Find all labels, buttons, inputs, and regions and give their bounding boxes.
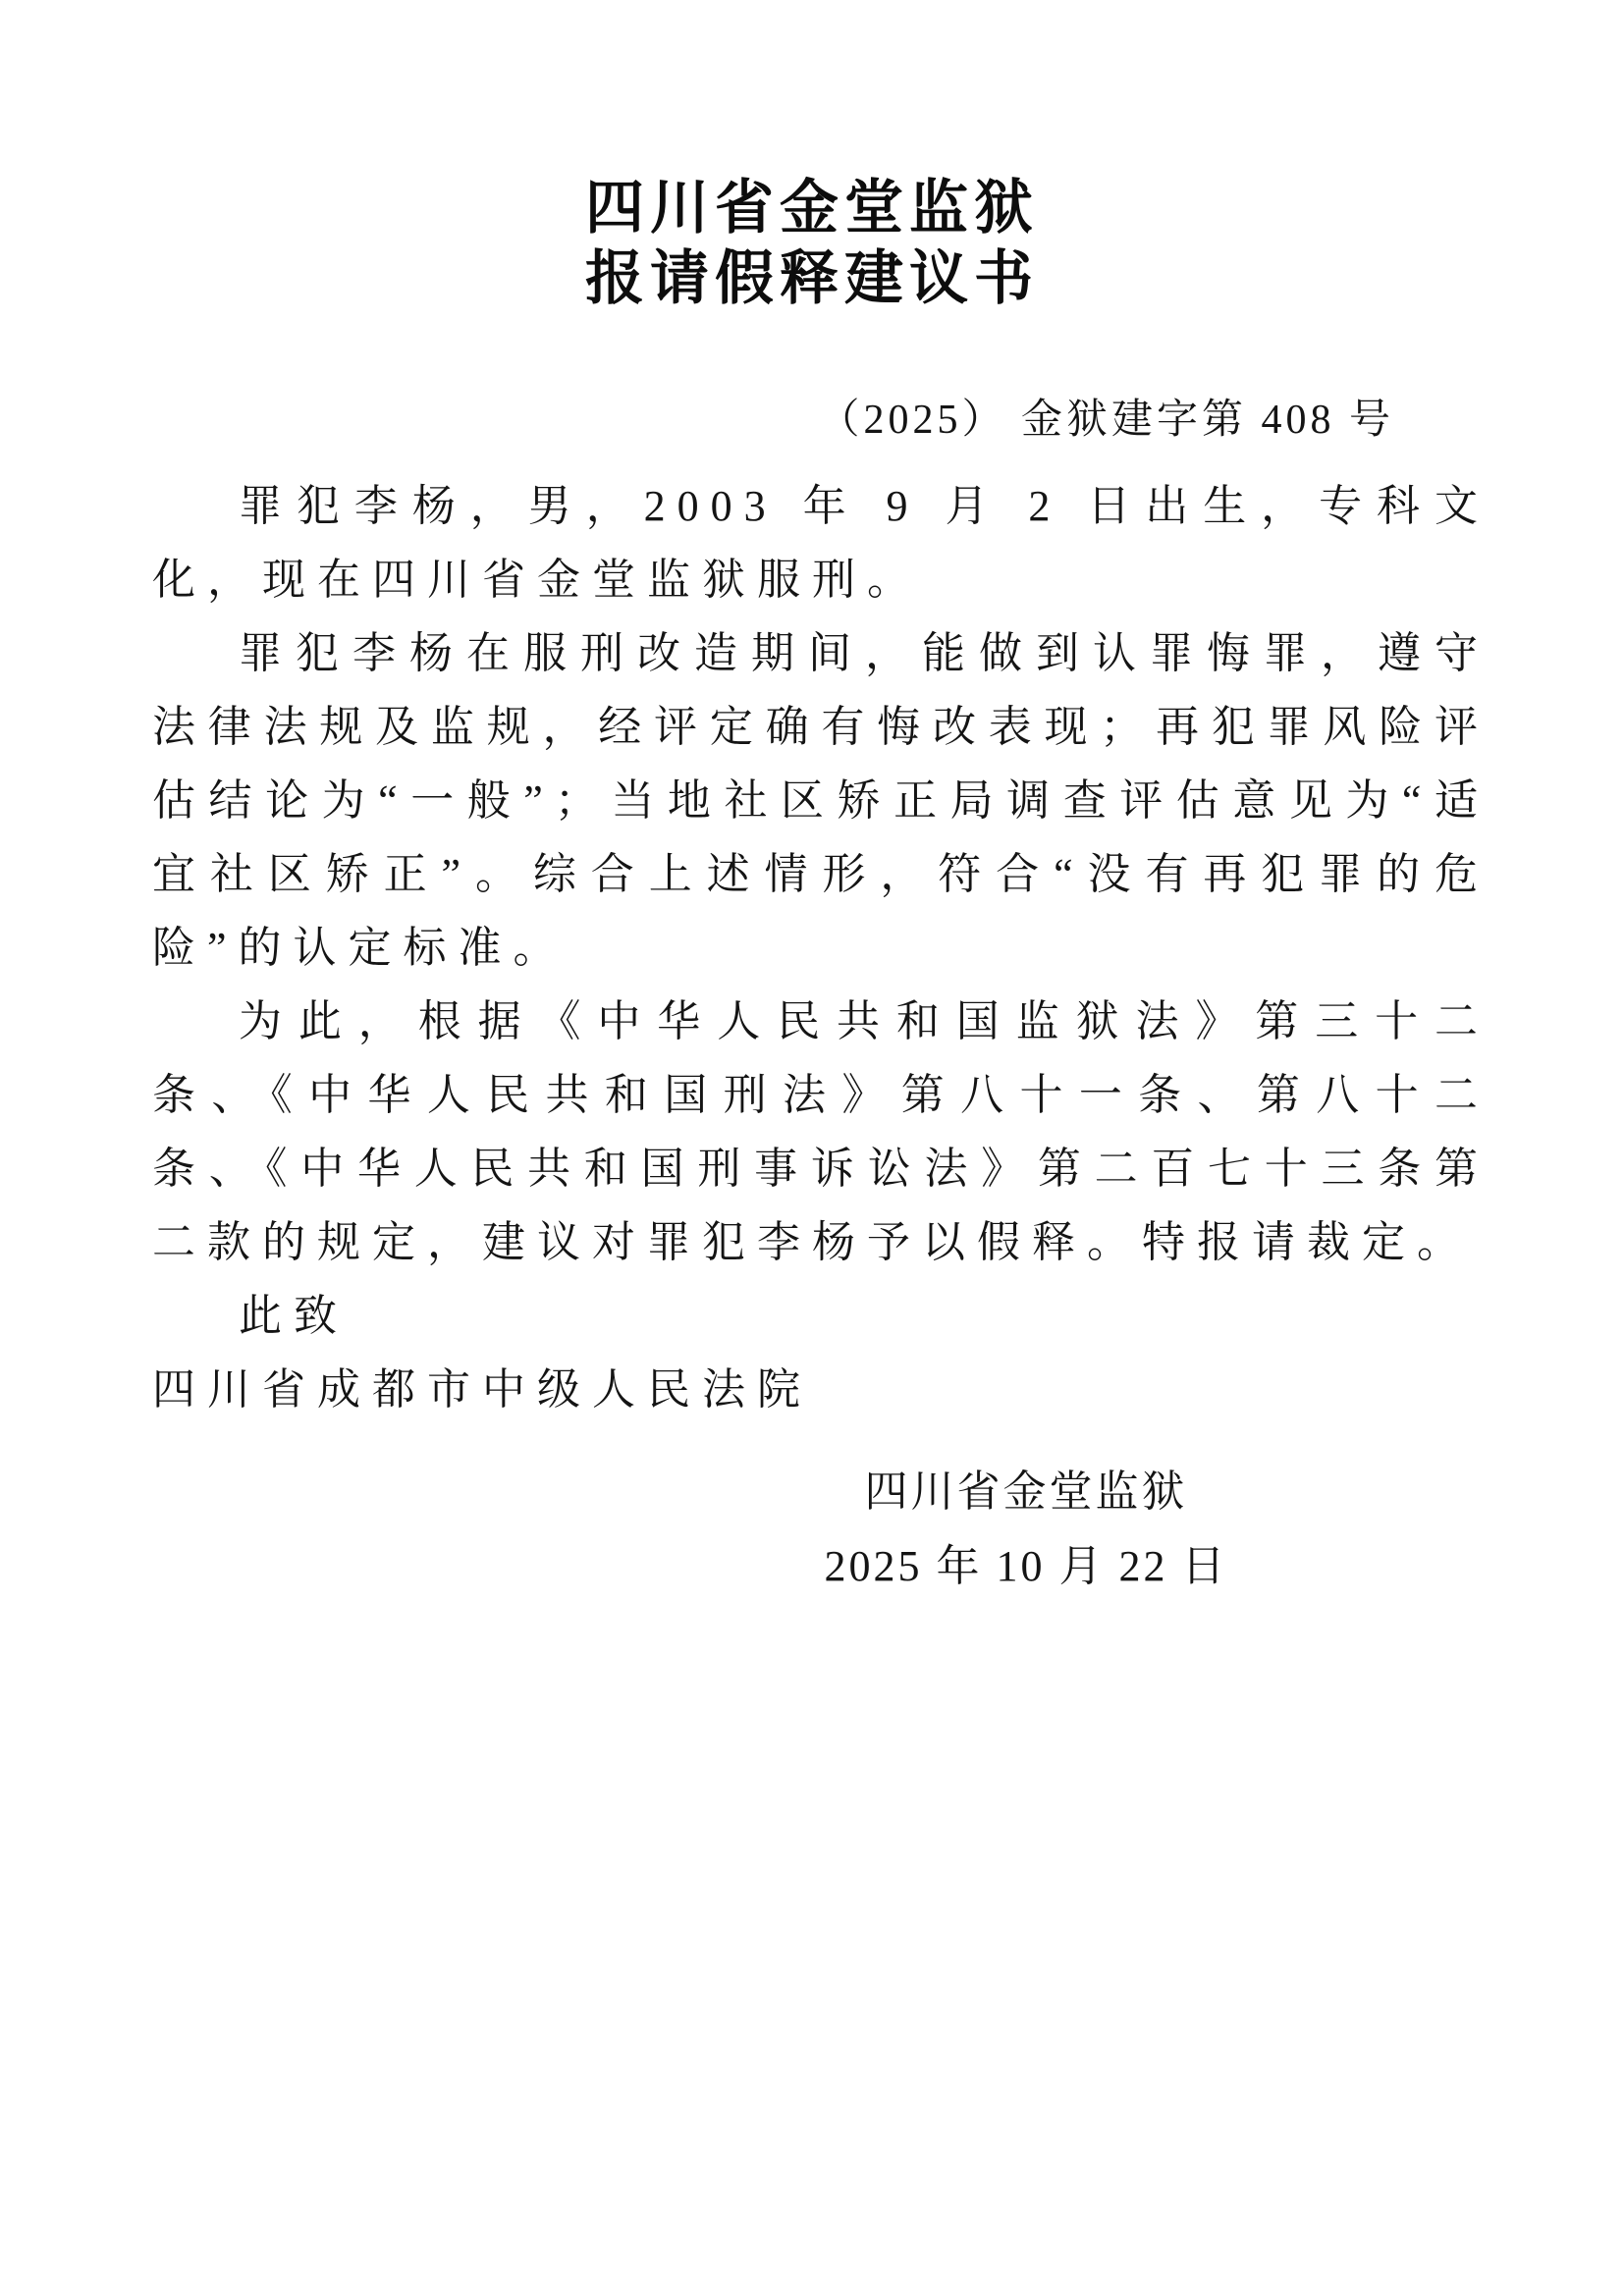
document-title: 四川省金堂监狱 报请假释建议书 <box>0 173 1624 314</box>
paragraph-legal-basis: 为此，根据《中华人民共和国监狱法》第三十二条、《中华人民共和国刑法》第八十一条、… <box>152 985 1489 1279</box>
document-title-line2: 报请假释建议书 <box>0 243 1624 314</box>
paragraph-offender-info: 罪犯李杨，男，2003 年 9 月 2 日出生，专科文化，现在四川省金堂监狱服刑… <box>152 469 1489 616</box>
document-page: 四川省金堂监狱 报请假释建议书 （2025） 金狱建字第 408 号 罪犯李杨，… <box>0 0 1624 2296</box>
signature-date: 2025 年 10 月 22 日 <box>761 1529 1291 1604</box>
paragraph-reform-performance: 罪犯李杨在服刑改造期间，能做到认罪悔罪，遵守法律法规及监规，经评定确有悔改表现；… <box>152 616 1489 985</box>
recipient-court: 四川省成都市中级人民法院 <box>152 1353 1489 1426</box>
document-number: （2025） 金狱建字第 408 号 <box>152 391 1394 450</box>
signature-org: 四川省金堂监狱 <box>761 1455 1291 1529</box>
signature-block: 四川省金堂监狱 2025 年 10 月 22 日 <box>761 1455 1291 1604</box>
document-body: 罪犯李杨，男，2003 年 9 月 2 日出生，专科文化，现在四川省金堂监狱服刑… <box>152 469 1489 1426</box>
document-title-line1: 四川省金堂监狱 <box>0 173 1624 243</box>
salutation: 此致 <box>152 1279 1489 1353</box>
